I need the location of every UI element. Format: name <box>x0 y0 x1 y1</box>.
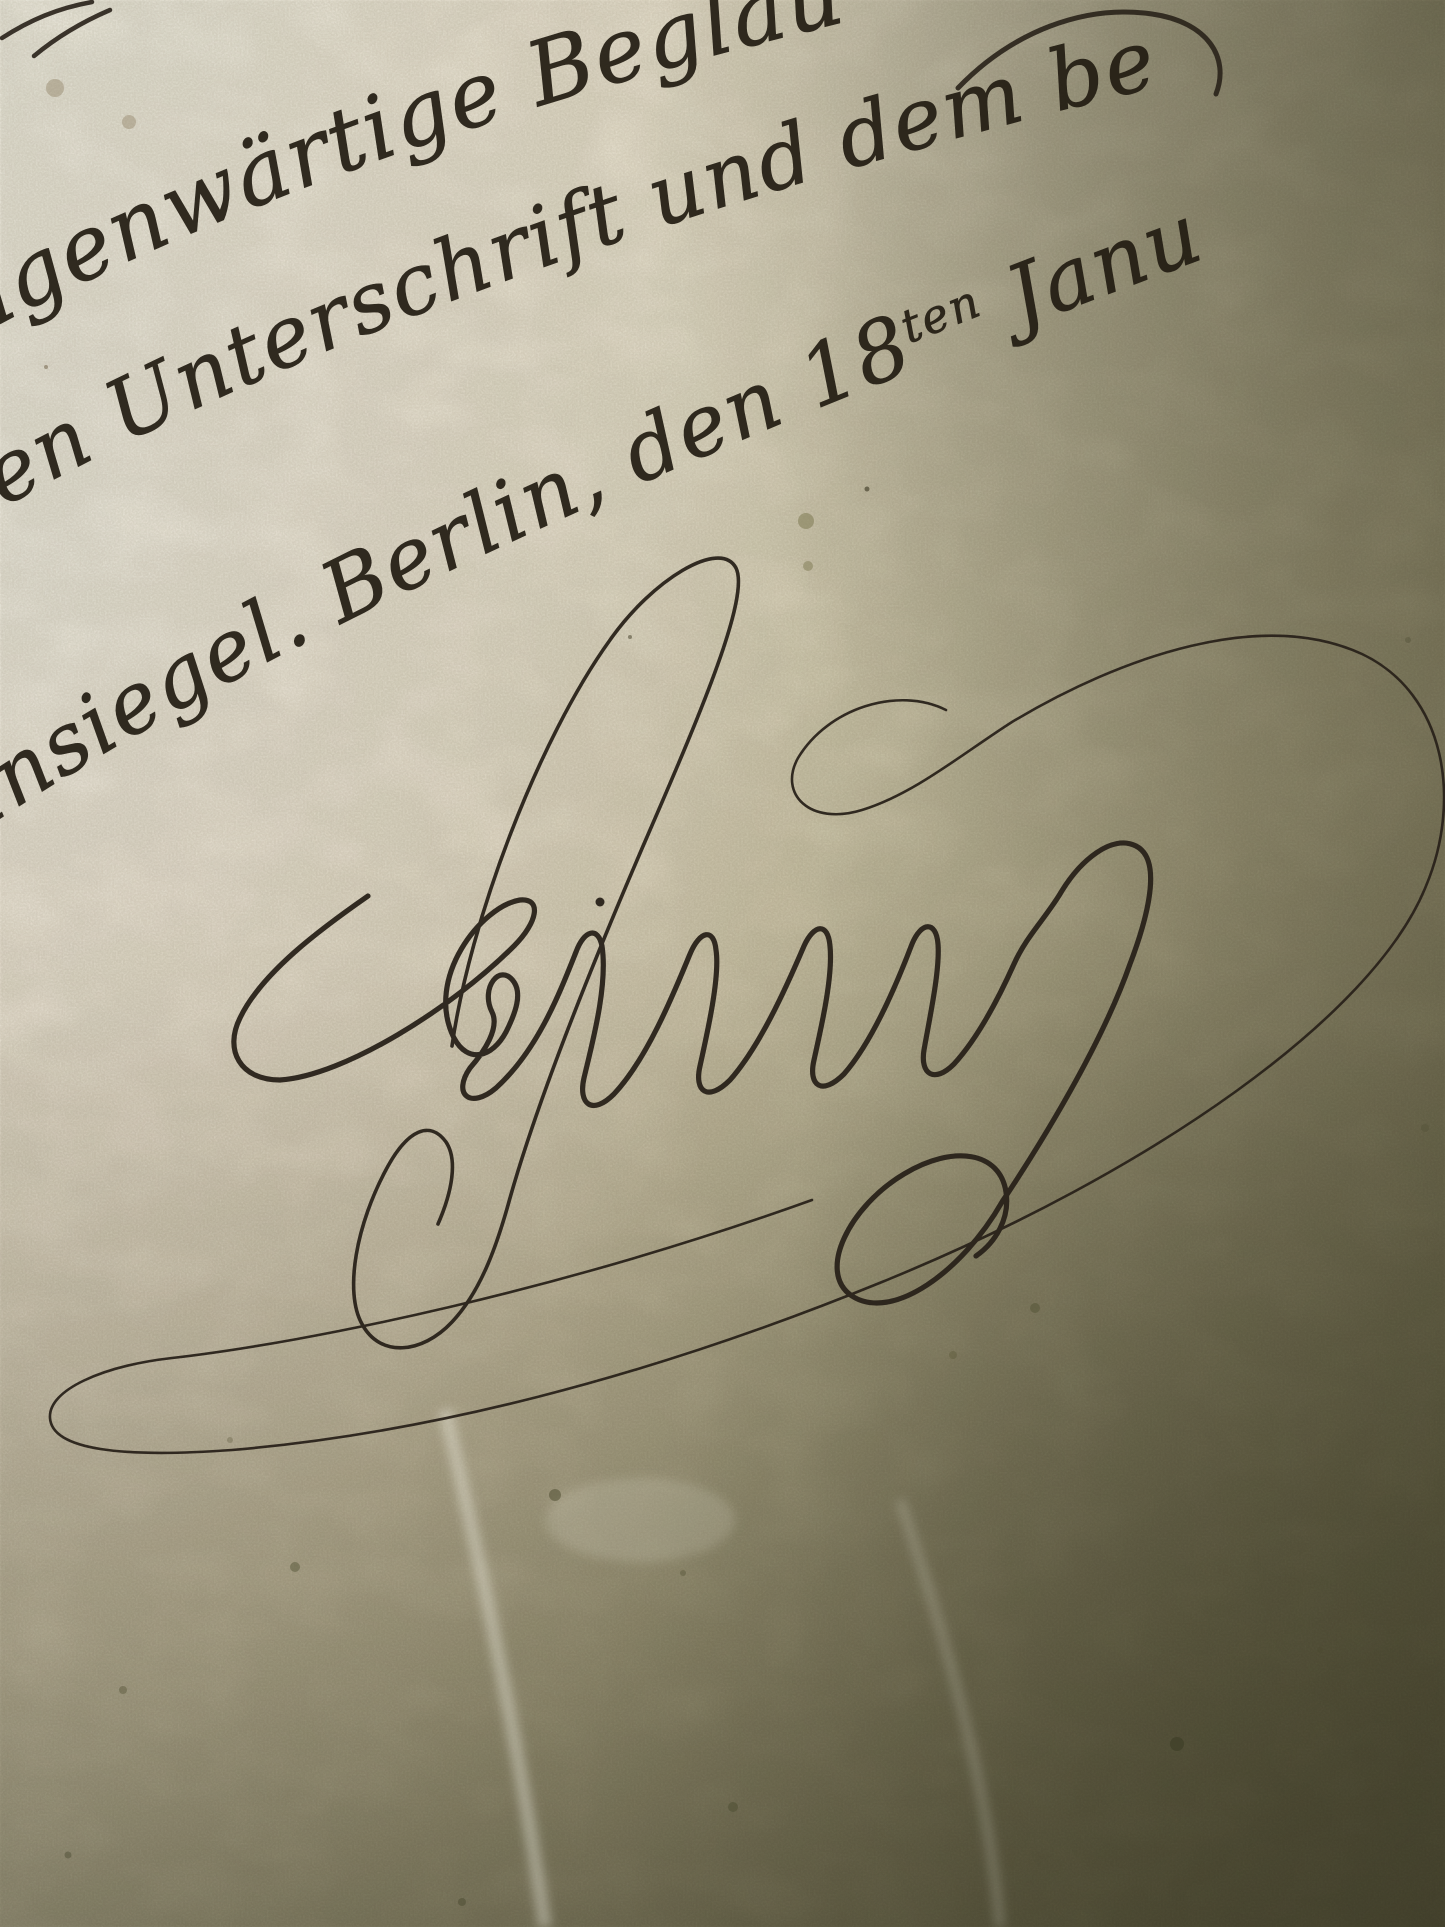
photographed-document: ngenwärtige Beglau nen Unterschrift und … <box>0 0 1445 1927</box>
signature-i-dot <box>596 898 605 907</box>
paper-surface: ngenwärtige Beglau nen Unterschrift und … <box>0 0 1445 1927</box>
paper-texture <box>0 0 1445 1927</box>
